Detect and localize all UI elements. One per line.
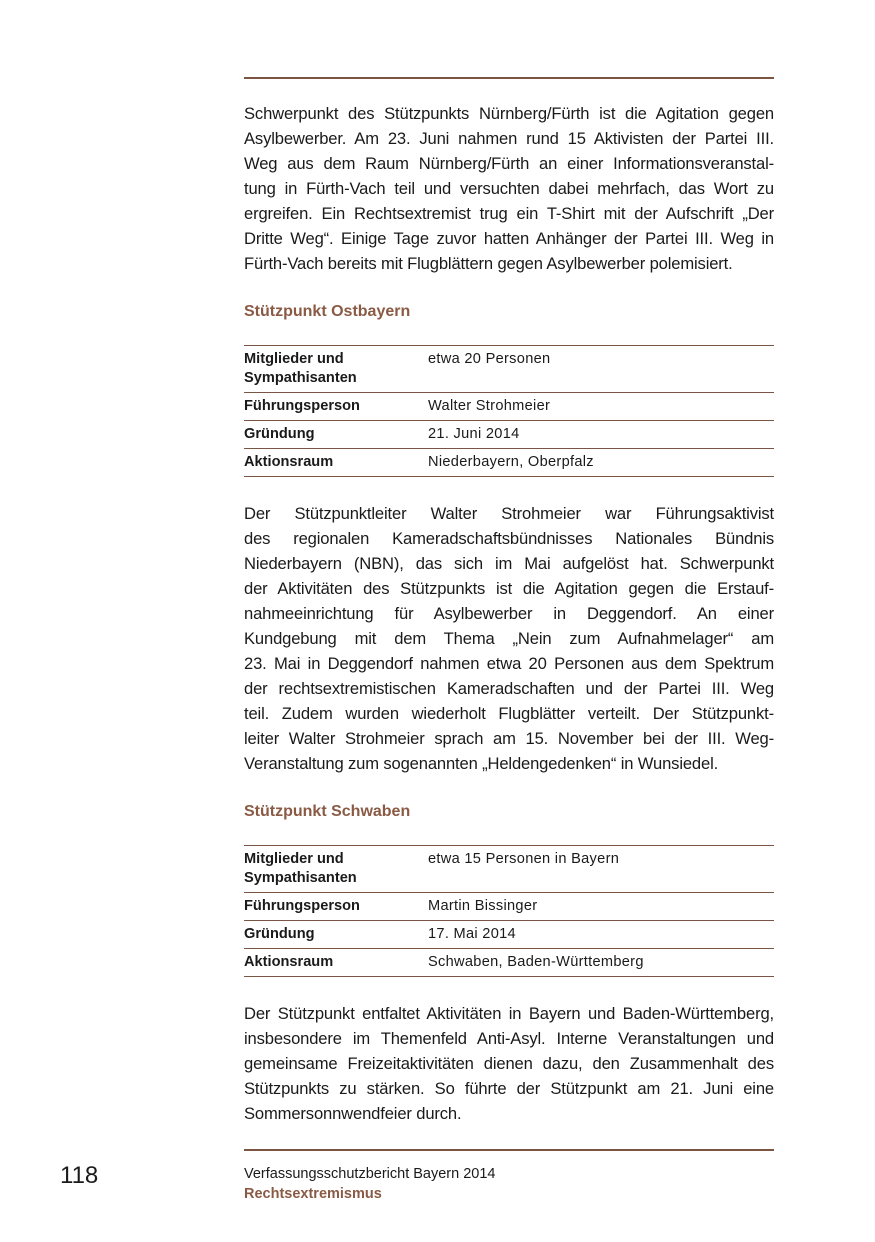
paragraph-line: Dritte Weg“. Einige Tage zuvor hatten An… xyxy=(244,226,774,251)
ostbayern-paragraph: Der Stützpunktleiter Walter Strohmeier w… xyxy=(244,501,774,776)
intro-paragraph: Schwerpunkt des Stützpunkts Nürnberg/Für… xyxy=(244,101,774,276)
row-label: Aktionsraum xyxy=(244,449,428,477)
paragraph-line: 23. Mai in Deggendorf nahmen etwa 20 Per… xyxy=(244,651,774,676)
row-value: etwa 15 Personen in Bayern xyxy=(428,846,774,893)
table-row: Gründung21. Juni 2014 xyxy=(244,421,774,449)
row-label: Führungsperson xyxy=(244,393,428,421)
paragraph-line: ergreifen. Ein Rechtsextremist trug ein … xyxy=(244,201,774,226)
row-label: Mitglieder undSympathisanten xyxy=(244,846,428,893)
row-value: etwa 20 Personen xyxy=(428,346,774,393)
footer-chapter: Rechtsextremismus xyxy=(244,1186,382,1202)
row-label: Mitglieder undSympathisanten xyxy=(244,346,428,393)
paragraph-line: Weg aus dem Raum Nürnberg/Fürth an einer… xyxy=(244,151,774,176)
paragraph-line: Sommersonnwendfeier durch. xyxy=(244,1101,774,1126)
paragraph-line: Fürth-Vach bereits mit Flugblättern gege… xyxy=(244,251,774,276)
paragraph-line: nahmeeinrichtung für Asylbewerber in Deg… xyxy=(244,601,774,626)
schwaben-paragraph: Der Stützpunkt entfaltet Aktivitäten in … xyxy=(244,1001,774,1126)
section-heading-ostbayern: Stützpunkt Ostbayern xyxy=(244,303,410,321)
row-label: Führungsperson xyxy=(244,893,428,921)
row-value: 17. Mai 2014 xyxy=(428,921,774,949)
paragraph-line: Stützpunkts zu stärken. So führte der St… xyxy=(244,1076,774,1101)
page-number: 118 xyxy=(60,1162,98,1190)
row-label: Gründung xyxy=(244,421,428,449)
paragraph-line: Kundgebung mit dem Thema „Nein zum Aufna… xyxy=(244,626,774,651)
table-row: FührungspersonMartin Bissinger xyxy=(244,893,774,921)
table-row: Mitglieder undSympathisantenetwa 20 Pers… xyxy=(244,346,774,393)
row-label: Gründung xyxy=(244,921,428,949)
paragraph-line: insbesondere im Themenfeld Anti-Asyl. In… xyxy=(244,1026,774,1051)
paragraph-line: leiter Walter Strohmeier sprach am 15. N… xyxy=(244,726,774,751)
row-value: Martin Bissinger xyxy=(428,893,774,921)
row-value: Schwaben, Baden-Württemberg xyxy=(428,949,774,977)
paragraph-line: Niederbayern (NBN), das sich im Mai aufg… xyxy=(244,551,774,576)
paragraph-line: der Aktivitäten des Stützpunkts ist die … xyxy=(244,576,774,601)
row-label: Aktionsraum xyxy=(244,949,428,977)
footer-rule xyxy=(244,1149,774,1151)
paragraph-line: teil. Zudem wurden wiederholt Flugblätte… xyxy=(244,701,774,726)
paragraph-line: des regionalen Kameradschaftsbündnisses … xyxy=(244,526,774,551)
schwaben-info-table: Mitglieder undSympathisantenetwa 15 Pers… xyxy=(244,845,774,977)
paragraph-line: Der Stützpunktleiter Walter Strohmeier w… xyxy=(244,501,774,526)
table-row: FührungspersonWalter Strohmeier xyxy=(244,393,774,421)
footer-publication: Verfassungsschutzbericht Bayern 2014 xyxy=(244,1166,495,1182)
paragraph-line: tung in Fürth-Vach teil und versuchten d… xyxy=(244,176,774,201)
paragraph-line: Der Stützpunkt entfaltet Aktivitäten in … xyxy=(244,1001,774,1026)
table-row: Mitglieder undSympathisantenetwa 15 Pers… xyxy=(244,846,774,893)
row-value: Niederbayern, Oberpfalz xyxy=(428,449,774,477)
table-row: AktionsraumNiederbayern, Oberpfalz xyxy=(244,449,774,477)
paragraph-line: Asylbewerber. Am 23. Juni nahmen rund 15… xyxy=(244,126,774,151)
row-value: Walter Strohmeier xyxy=(428,393,774,421)
table-row: AktionsraumSchwaben, Baden-Württemberg xyxy=(244,949,774,977)
section-heading-schwaben: Stützpunkt Schwaben xyxy=(244,803,410,821)
paragraph-line: Veranstaltung zum sogenannten „Heldenged… xyxy=(244,751,774,776)
ostbayern-info-table: Mitglieder undSympathisantenetwa 20 Pers… xyxy=(244,345,774,477)
row-value: 21. Juni 2014 xyxy=(428,421,774,449)
paragraph-line: gemeinsame Freizeitaktivitäten dienen da… xyxy=(244,1051,774,1076)
paragraph-line: der rechtsextremistischen Kameradschafte… xyxy=(244,676,774,701)
paragraph-line: Schwerpunkt des Stützpunkts Nürnberg/Für… xyxy=(244,101,774,126)
top-rule xyxy=(244,77,774,79)
table-row: Gründung17. Mai 2014 xyxy=(244,921,774,949)
